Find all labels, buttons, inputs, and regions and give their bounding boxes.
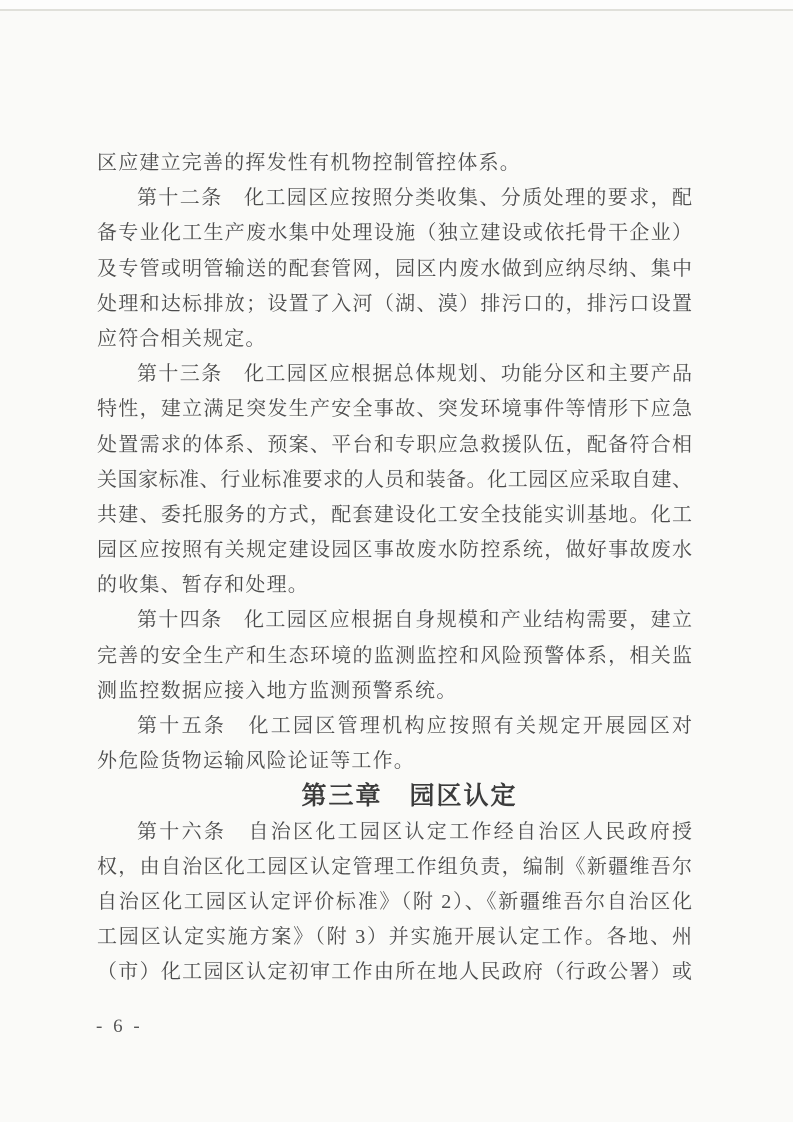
text-line: 处理和达标排放；设置了入河（湖、漠）排污口的，排污口设置 [97, 287, 692, 322]
text-line: 完善的安全生产和生态环境的监测监控和风险预警体系，相关监 [97, 639, 692, 674]
text-line: 第十六条 自治区化工园区认定工作经自治区人民政府授 [97, 815, 692, 850]
document-body: 区应建立完善的挥发性有机物控制管控体系。 第十二条 化工园区应按照分类收集、分质… [97, 146, 692, 991]
text-line: （市）化工园区认定初审工作由所在地人民政府（行政公署）或 [97, 955, 692, 990]
document-page: { "page": { "background_color": "#fafaf8… [0, 0, 793, 1122]
text-line: 第十四条 化工园区应根据自身规模和产业结构需要，建立 [97, 603, 692, 638]
text-line: 外危险货物运输风险论证等工作。 [97, 744, 692, 779]
text-line: 共建、委托服务的方式，配套建设化工安全技能实训基地。化工 [97, 498, 692, 533]
text-line: 及专管或明管输送的配套管网，园区内废水做到应纳尽纳、集中 [97, 252, 692, 287]
text-line: 备专业化工生产废水集中处理设施（独立建设或依托骨干企业） [97, 216, 692, 251]
text-line: 自治区化工园区认定评价标准》（附 2）、《新疆维吾尔自治区化 [97, 885, 692, 920]
text-line: 处置需求的体系、预案、平台和专职应急救援队伍，配备符合相 [97, 428, 692, 463]
text-line: 权，由自治区化工园区认定管理工作组负责，编制《新疆维吾尔 [97, 850, 692, 885]
text-line: 园区应按照有关规定建设园区事故废水防控系统，做好事故废水 [97, 533, 692, 568]
text-line: 第十三条 化工园区应根据总体规划、功能分区和主要产品 [97, 357, 692, 392]
text-line: 区应建立完善的挥发性有机物控制管控体系。 [97, 146, 692, 181]
text-line: 关国家标准、行业标准要求的人员和装备。化工园区应采取自建、 [97, 463, 692, 498]
text-line: 的收集、暂存和处理。 [97, 568, 692, 603]
scan-edge-artifact [0, 0, 793, 11]
text-line: 特性，建立满足突发生产安全事故、突发环境事件等情形下应急 [97, 392, 692, 427]
text-line: 测监控数据应接入地方监测预警系统。 [97, 674, 692, 709]
text-line: 第十五条 化工园区管理机构应按照有关规定开展园区对 [97, 709, 692, 744]
text-line: 工园区认定实施方案》（附 3）并实施开展认定工作。各地、州 [97, 920, 692, 955]
text-line: 应符合相关规定。 [97, 322, 692, 357]
chapter-heading: 第三章 园区认定 [97, 779, 692, 814]
page-number: - 6 - [96, 1016, 143, 1038]
text-line: 第十二条 化工园区应按照分类收集、分质处理的要求，配 [97, 181, 692, 216]
